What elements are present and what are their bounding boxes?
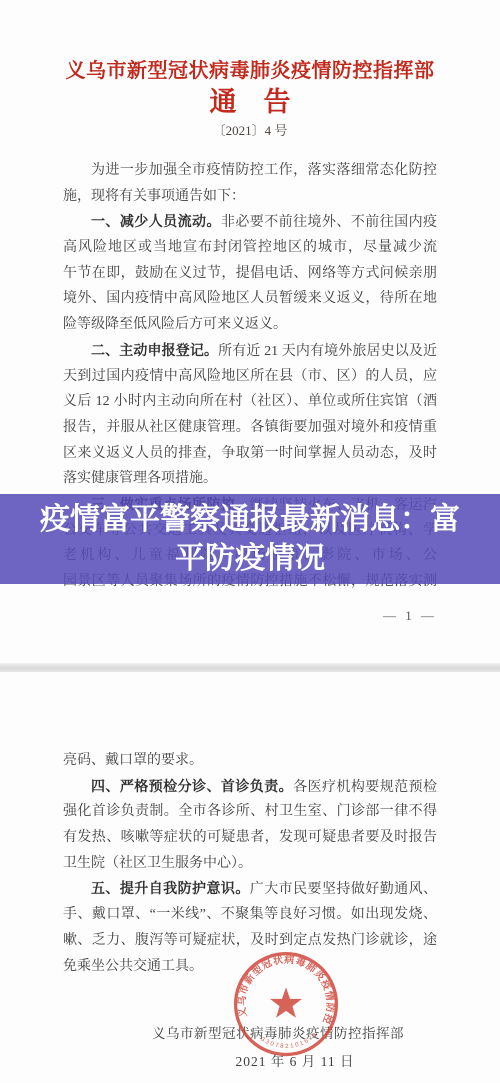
- doc-line: 高风险地区或当地宣布封闭管控地区的城市，尽量减少流动。端: [0, 235, 500, 261]
- doc-text: 区来义返义人员的排查，争取第一时间掌握人员动态，及时精准: [63, 446, 437, 467]
- notice-subtitle: 通 告: [0, 86, 500, 118]
- news-headline-text: 疫情富平警察通报最新消息：富平防疫情况: [30, 500, 470, 578]
- doc-line: 一、减少人员流动。非必要不前往境外、不前往国内疫情中: [0, 209, 500, 235]
- doc-line: 境外、国内疫情中高风险地区人员暂缓来义返义，待所在地区风: [0, 286, 500, 312]
- doc-text: 险等级降至低风险后方可来义返义。: [63, 317, 287, 332]
- doc-line: 午节在即，鼓励在义过节，提倡电话、网络等方式问候亲朋好友。: [0, 261, 500, 287]
- doc-text: 亮码、戴口罩的要求。: [63, 753, 203, 768]
- section-heading: 一、减少人员流动。: [91, 213, 221, 229]
- svg-text:义乌市新型冠状病毒肺炎疫情防控指挥部: 义乌市新型冠状病毒肺炎疫情防控指挥部: [228, 950, 337, 1027]
- doc-line: 亮码、戴口罩的要求。: [0, 748, 500, 774]
- official-seal-icon: 义乌市新型冠状病毒肺炎疫情防控指挥部 330782101679: [228, 950, 344, 1062]
- page-divider: [0, 663, 500, 672]
- doc-line: 强化首诊负责制。全市各诊所、村卫生室、门诊部一律不得接诊: [0, 799, 500, 825]
- doc-text: 天到过国内疫情中高风险地区所在县（市、区）的人员，应在抵: [63, 369, 437, 390]
- news-headline-banner: 疫情富平警察通报最新消息：富平防疫情况: [0, 494, 500, 584]
- doc-text: 落实健康管理各项措施。: [63, 471, 217, 486]
- doc-text: 境外、国内疫情中高风险地区人员暂缓来义返义，待所在地区风: [63, 291, 437, 312]
- notice-title: 义乌市新型冠状病毒肺炎疫情防控指挥部: [0, 58, 500, 84]
- doc-text: 手、戴口罩、“一米线”、不聚集等良好习惯。如出现发烧、咳: [63, 907, 437, 928]
- doc-line: 二、主动申报登记。所有近 21 天内有境外旅居史以及近 14: [0, 338, 500, 364]
- doc-line: 五、提升自我防护意识。广大市民要坚持做好勤通风、勤洗: [0, 876, 500, 902]
- doc-line: 卫生院（社区卫生服务中心）。: [0, 851, 500, 877]
- doc-line: 为进一步加强全市疫情防控工作，落实落细常态化防控措: [0, 158, 500, 184]
- doc-line: 天到过国内疫情中高风险地区所在县（市、区）的人员，应在抵: [0, 364, 500, 390]
- doc-line: 四、严格预检分诊、首诊负责。各医疗机构要规范预检分诊，: [0, 774, 500, 800]
- document-number: 〔2021〕4 号: [0, 121, 500, 141]
- doc-line: 报告，并服从社区健康管理。各镇街要加强对境外和疫情重点地: [0, 415, 500, 441]
- doc-line: 险等级降至低风险后方可来义返义。: [0, 312, 500, 338]
- doc-text: 施，现将有关事项通告如下：: [63, 189, 245, 204]
- doc-line: 区来义返义人员的排查，争取第一时间掌握人员动态，及时精准: [0, 441, 500, 467]
- doc-text: 有发热、咳嗽等症状的可疑患者，发现可疑患者要及时报告辖区: [63, 830, 437, 851]
- section-heading: 二、主动申报登记。: [91, 342, 218, 358]
- doc-line: 落实健康管理各项措施。: [0, 466, 500, 492]
- section-heading: 五、提升自我防护意识。: [91, 880, 250, 896]
- doc-text: 免乘坐公共交通工具。: [63, 959, 203, 974]
- notice-page-2: 亮码、戴口罩的要求。四、严格预检分诊、首诊负责。各医疗机构要规范预检分诊，强化首…: [0, 672, 500, 1083]
- doc-text: 为进一步加强全市疫情防控工作，落实落细常态化防控措: [63, 163, 437, 184]
- doc-text: 卫生院（社区卫生服务中心）。: [63, 856, 252, 871]
- page-number: — 1 —: [0, 608, 500, 624]
- page2-body: 亮码、戴口罩的要求。四、严格预检分诊、首诊负责。各医疗机构要规范预检分诊，强化首…: [0, 748, 500, 979]
- section-heading: 四、严格预检分诊、首诊负责。: [91, 778, 293, 794]
- doc-line: 施，现将有关事项通告如下：: [0, 184, 500, 210]
- doc-line: 有发热、咳嗽等症状的可疑患者，发现可疑患者要及时报告辖区: [0, 825, 500, 851]
- doc-text: 义后 12 小时内主动向所在村（社区）、单位或所住宾馆（酒店）: [63, 394, 437, 415]
- doc-text: 强化首诊负责制。全市各诊所、村卫生室、门诊部一律不得接诊: [63, 804, 437, 825]
- doc-text: 高风险地区或当地宣布封闭管控地区的城市，尽量减少流动。端: [63, 240, 437, 261]
- doc-line: 手、戴口罩、“一米线”、不聚集等良好习惯。如出现发烧、咳: [0, 902, 500, 928]
- document-scan: 义乌市新型冠状病毒肺炎疫情防控指挥部 通 告 〔2021〕4 号 为进一步加强全…: [0, 0, 500, 1083]
- doc-text: 午节在即，鼓励在义过节，提倡电话、网络等方式问候亲朋好友。: [63, 266, 437, 287]
- doc-text: 报告，并服从社区健康管理。各镇街要加强对境外和疫情重点地: [63, 420, 437, 441]
- doc-line: 义后 12 小时内主动向所在村（社区）、单位或所住宾馆（酒店）: [0, 389, 500, 415]
